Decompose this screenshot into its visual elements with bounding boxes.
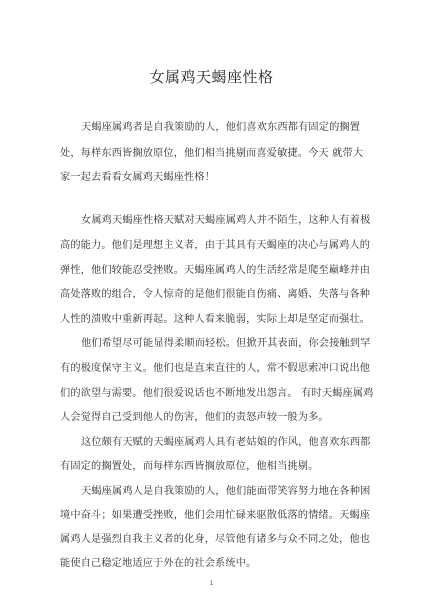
paragraph-1-line-3: 家一起去看看女属鸡天蝎座性格！ — [60, 168, 215, 183]
paragraph-2-line-3: 弹性，他们较能忍受挫败。天蝎座属鸡人的生活经常是爬至巅峰并由 — [60, 261, 370, 276]
paragraph-2-line-2: 高的能力。他们是理想主义者，由于其具有天蝎座的决心与属鸡人的 — [60, 236, 370, 251]
page-number: 1 — [0, 580, 423, 587]
paragraph-3-line-1: 他们希望尽可能显得柔顺而轻松。但掀开其表面，你会接触到罕 — [81, 334, 370, 349]
paragraph-4-line-1: 这位颇有天赋的天蝎座属鸡人具有老姑娘的作风，他喜欢东西都 — [81, 433, 370, 448]
paragraph-3-line-4: 人会觉得自己受到他人的伤害，他们的责怒声较一般为多。 — [60, 408, 329, 423]
paragraph-2-line-4: 高处落败的组合，令人惊奇的是他们很能自伤痛、离婚、失落与各种 — [60, 285, 370, 300]
paragraph-2-line-1: 女属鸡天蝎座性格天赋对天蝎座属鸡人并不陌生，这种人有着极 — [81, 211, 370, 226]
document-title: 女属鸡天蝎座性格 — [0, 66, 423, 87]
paragraph-5-line-2: 境中奋斗；如果遭受挫败，他们会用忙碌来驱散低落的情绪。天蝎座 — [60, 506, 370, 521]
paragraph-1-line-2: 处，每样东西皆搁放原位，他们相当挑剔而喜爱敏捷。今天 就带大 — [60, 144, 363, 159]
paragraph-2-line-5: 人性的溃败中重新再起。这种人看来脆弱，实际上却是坚定而强壮。 — [60, 310, 370, 325]
paragraph-5-line-3: 属鸡人是强烈自我主义者的化身，尽管他有诸多与众不同之处，他也 — [60, 530, 370, 545]
paragraph-4-line-2: 有固定的搁置处，而每样东西皆搁放原位，他相当挑剔。 — [60, 457, 318, 472]
document-page: 女属鸡天蝎座性格 天蝎座属鸡者是自我策励的人，他们喜欢东西都有固定的搁置 处，每… — [0, 0, 423, 600]
paragraph-1-line-1: 天蝎座属鸡者是自我策励的人，他们喜欢东西都有固定的搁置 — [81, 118, 360, 133]
paragraph-3-line-3: 们的欲望与需要。他们很爱说话也不断地发出怨言。 有时天蝎座属鸡 — [60, 384, 374, 399]
paragraph-5-line-4: 能使自己稳定地适应于外在的社会系统中。 — [60, 554, 256, 569]
paragraph-5-line-1: 天蝎座属鸡人是自我策励的人，他们能面带笑容努力地在各种困 — [81, 482, 370, 497]
paragraph-3-line-2: 有的极度保守主义。他们也是直来直往的人，常不假思索冲口说出他 — [60, 359, 370, 374]
